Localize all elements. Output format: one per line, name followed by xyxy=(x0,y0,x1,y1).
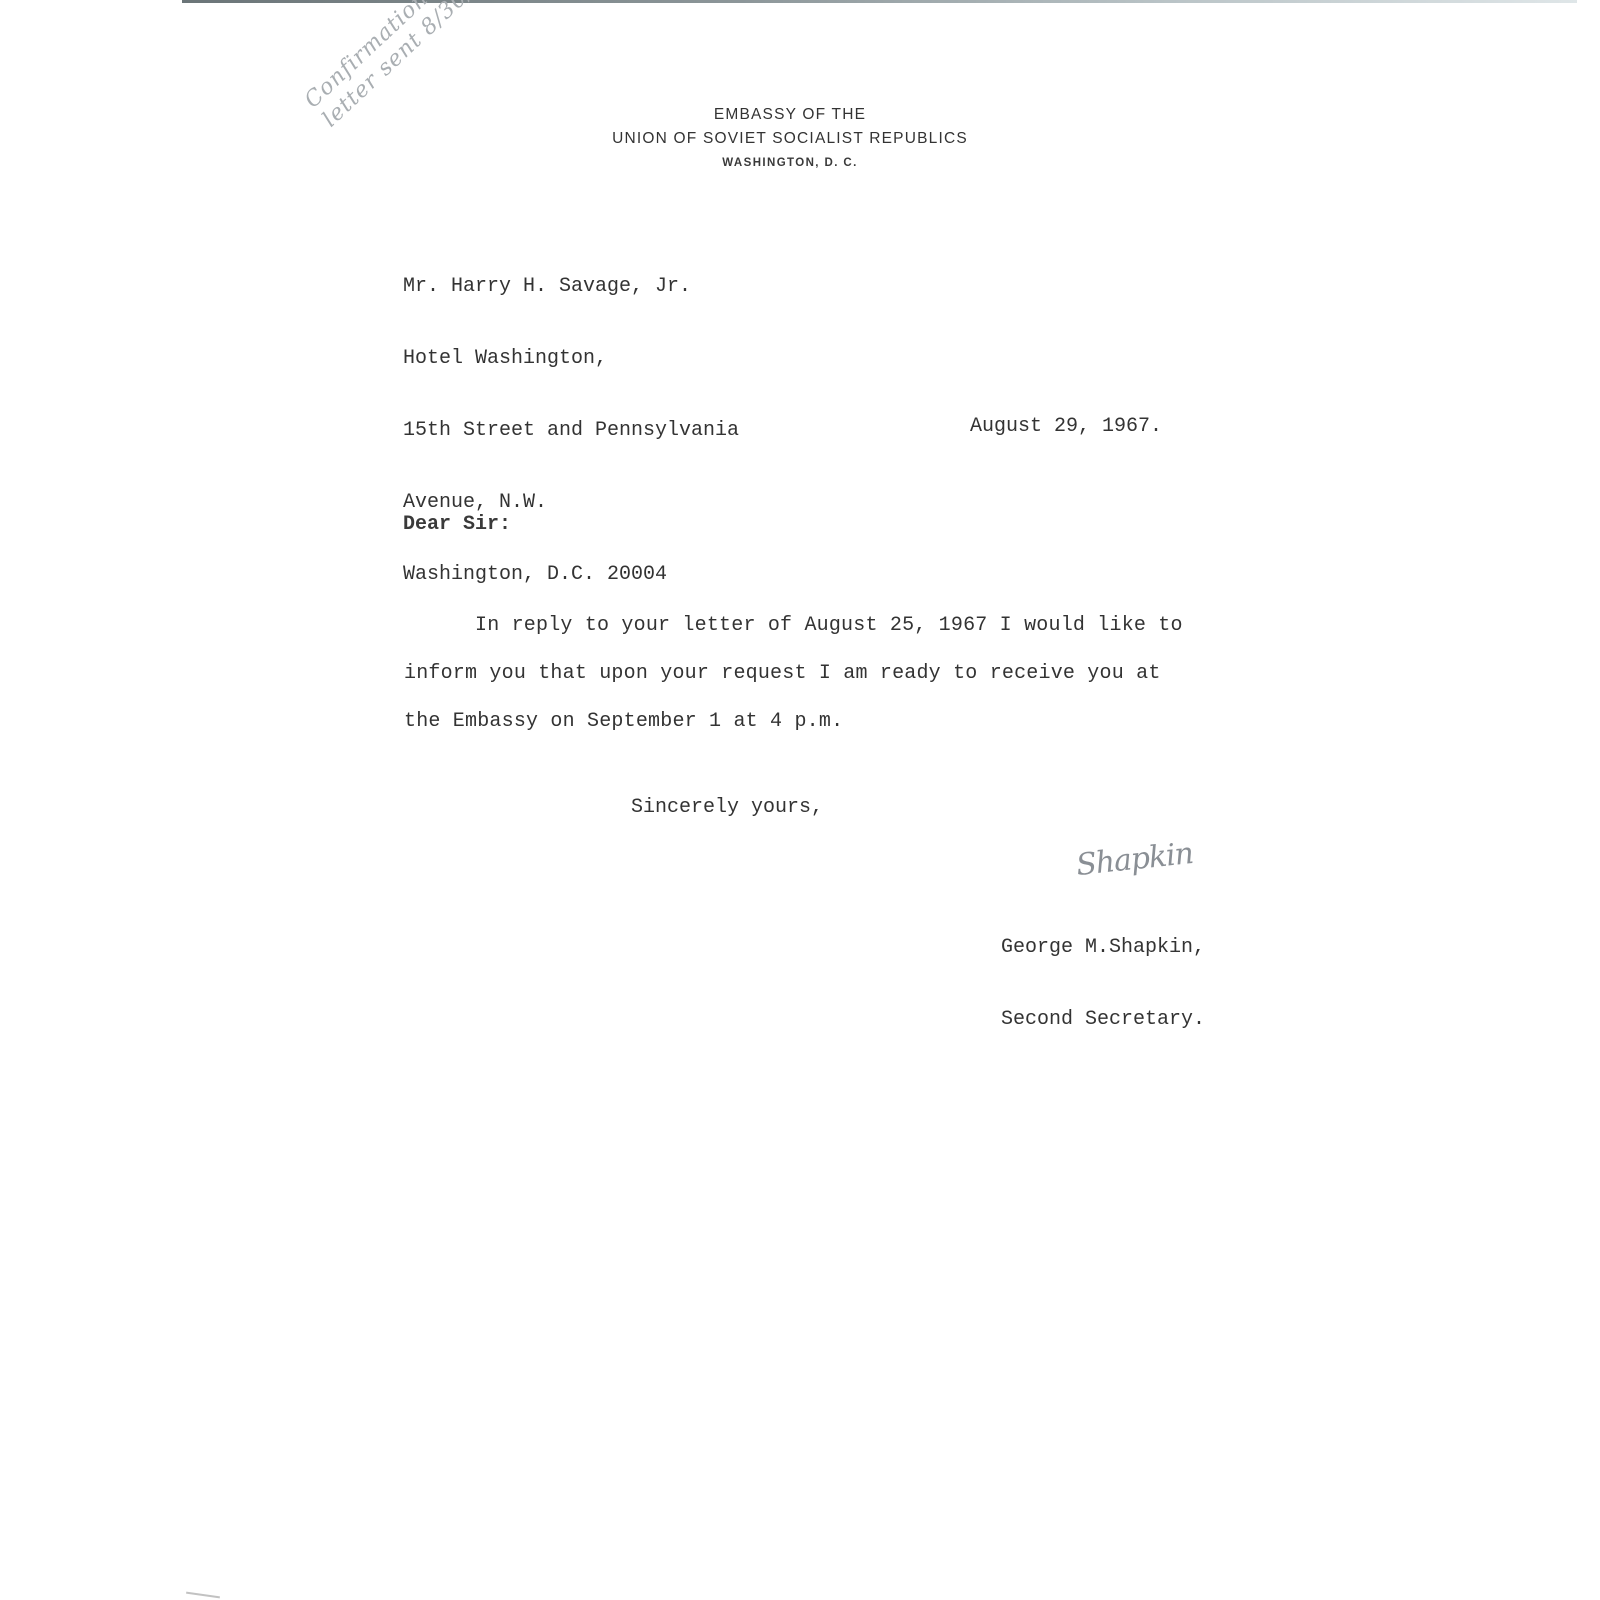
salutation: Dear Sir: xyxy=(403,513,511,537)
body-line: In reply to your letter of August 25, 19… xyxy=(404,602,1304,650)
letter-date: August 29, 1967. xyxy=(970,415,1162,439)
signature-block: George M.Shapkin, Second Secretary. xyxy=(1001,888,1205,1056)
closing: Sincerely yours, xyxy=(631,796,823,820)
letterhead-line-embassy: EMBASSY OF THE xyxy=(560,104,1020,126)
address-line: 15th Street and Pennsylvania xyxy=(403,419,739,443)
body-line: the Embassy on September 1 at 4 p.m. xyxy=(404,698,1304,746)
address-line: Hotel Washington, xyxy=(403,347,739,371)
address-line: Washington, D.C. 20004 xyxy=(403,563,739,587)
letter-body: In reply to your letter of August 25, 19… xyxy=(404,602,1304,746)
letterhead-line-city: WASHINGTON, D. C. xyxy=(560,152,1020,174)
letterhead-line-country: UNION OF SOVIET SOCIALIST REPUBLICS xyxy=(560,126,1020,152)
address-line: Avenue, N.W. xyxy=(403,491,739,515)
page-top-edge xyxy=(182,0,1577,3)
letterhead: EMBASSY OF THE UNION OF SOVIET SOCIALIST… xyxy=(560,104,1020,174)
signer-name: George M.Shapkin, xyxy=(1001,936,1205,960)
address-line: Mr. Harry H. Savage, Jr. xyxy=(403,275,739,299)
handwritten-signature: Shapkin xyxy=(1074,836,1194,883)
recipient-address: Mr. Harry H. Savage, Jr. Hotel Washingto… xyxy=(403,227,739,611)
handwritten-annotation: Confirmation letter sent 8/30/67 xyxy=(300,0,526,133)
body-line: inform you that upon your request I am r… xyxy=(404,650,1304,698)
page-corner-mark xyxy=(186,1592,220,1599)
signer-title: Second Secretary. xyxy=(1001,1008,1205,1032)
